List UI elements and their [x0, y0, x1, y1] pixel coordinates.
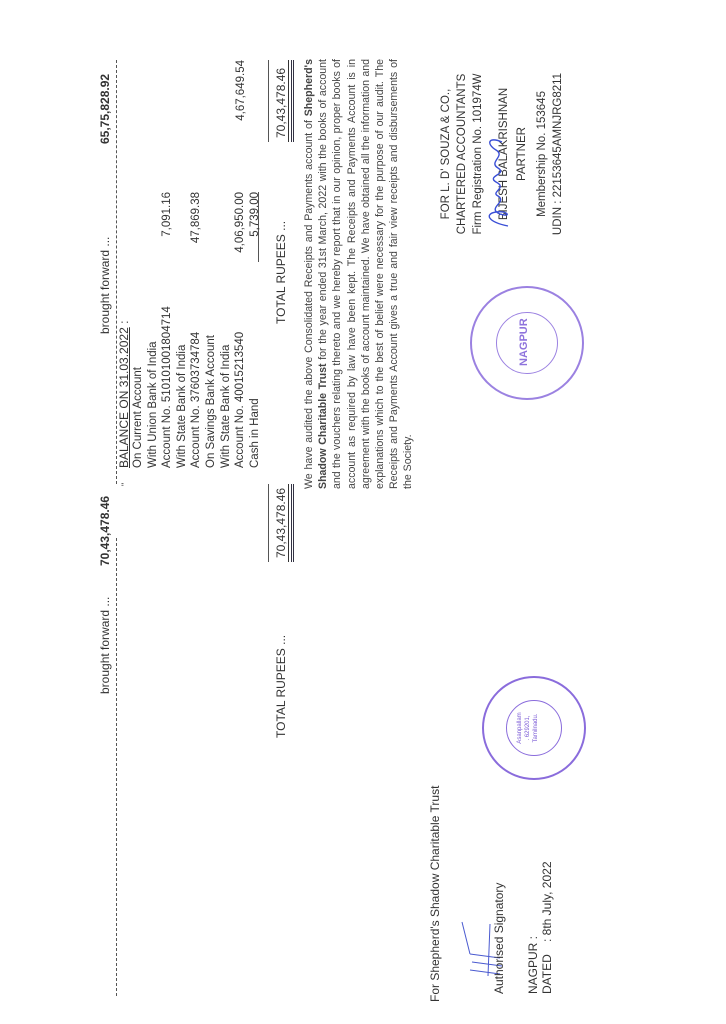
place-label: NAGPUR : — [526, 936, 540, 994]
balance-sub-amount: 4,06,950.00 — [233, 192, 247, 253]
right-total-amount: 70,43,478.46 — [274, 68, 288, 138]
audit-text-1: We have audited the above Consolidated R… — [303, 120, 315, 489]
balance-sub-amount: 47,869.38 — [189, 192, 203, 243]
trust-stamp: Asanpallam . 629201, Tamilnadu. — [482, 676, 586, 780]
stamp-line-3: Tamilnadu. — [532, 708, 540, 748]
balance-line-text: With State Bank of India — [175, 345, 189, 468]
trust-stamp-center: Asanpallam . 629201, Tamilnadu. — [516, 708, 540, 748]
balance-sub-amount: 5,739.00 — [248, 192, 262, 237]
balance-line-text: On Savings Bank Account — [204, 335, 218, 468]
balance-line-text: Cash in Hand — [248, 398, 262, 468]
bullet-mark: " — [120, 483, 130, 486]
auditor-for-line: FOR L. D' SOUZA & CO., — [438, 54, 454, 254]
document-page: brought forward ... 70,43,478.46 TOTAL R… — [0, 0, 726, 1024]
auditor-stamp-center: NAGPUR — [518, 318, 530, 366]
dated-value: : 8th July, 2022 — [540, 862, 554, 943]
right-brought-forward-label: brought forward ... — [98, 237, 112, 334]
trust-for-line: For Shepherd's Shadow Charitable Trust — [428, 786, 442, 1002]
authorised-signatory: Authorised Signatory — [492, 883, 506, 994]
right-total-double-rule — [288, 60, 294, 142]
audit-paragraph: We have audited the above Consolidated R… — [302, 59, 416, 489]
left-total-label: TOTAL RUPEES ... — [274, 635, 288, 738]
auditor-title: CHARTERED ACCOUNTANTS — [454, 54, 470, 254]
balance-heading-text: BALANCE ON 31.03.2022 — [117, 327, 131, 468]
balance-line-text: Account No. 37603734784 — [189, 332, 203, 468]
right-brought-forward-amount: 65,75,828.92 — [98, 74, 112, 144]
right-total-label: TOTAL RUPEES ... — [274, 221, 288, 324]
left-total-top-rule — [268, 484, 269, 562]
stamp-line-1: Asanpallam — [516, 708, 524, 748]
balance-line-text: Account No. 40015213540 — [233, 332, 247, 468]
left-brought-forward-label: brought forward ... — [98, 597, 112, 694]
right-total-top-rule — [268, 60, 269, 142]
dated-label: DATED — [540, 954, 554, 994]
auditor-signature — [478, 124, 518, 234]
left-brought-forward-amount: 70,43,478.46 — [98, 496, 112, 566]
balance-line-text: Account No. 510101001804714 — [160, 306, 174, 468]
balance-line-text: With State Bank of India — [219, 345, 233, 468]
left-dotted-line — [116, 538, 117, 996]
balance-heading-suffix: : — [117, 321, 131, 324]
left-total-amount: 70,43,478.46 — [274, 488, 288, 558]
balance-heading: BALANCE ON 31.03.2022 : — [117, 321, 131, 468]
auditor-membership: Membership No. 153645 — [534, 54, 550, 254]
auditor-stamp: NAGPUR — [470, 286, 584, 400]
stamp-line-2: . 629201, — [524, 708, 532, 748]
balance-line-text: With Union Bank of India — [146, 341, 160, 468]
left-total-double-rule — [288, 484, 294, 562]
balance-main-amount: 4,67,649.54 — [234, 60, 248, 121]
balance-sub-amount: 7,091.16 — [160, 192, 174, 237]
balance-line-text: On Current Account — [131, 367, 145, 468]
audit-text-2: for the year ended 31st March, 2022 with… — [317, 59, 414, 489]
auditor-udin: UDIN : 22153645AMNJRG8211 — [550, 54, 566, 254]
